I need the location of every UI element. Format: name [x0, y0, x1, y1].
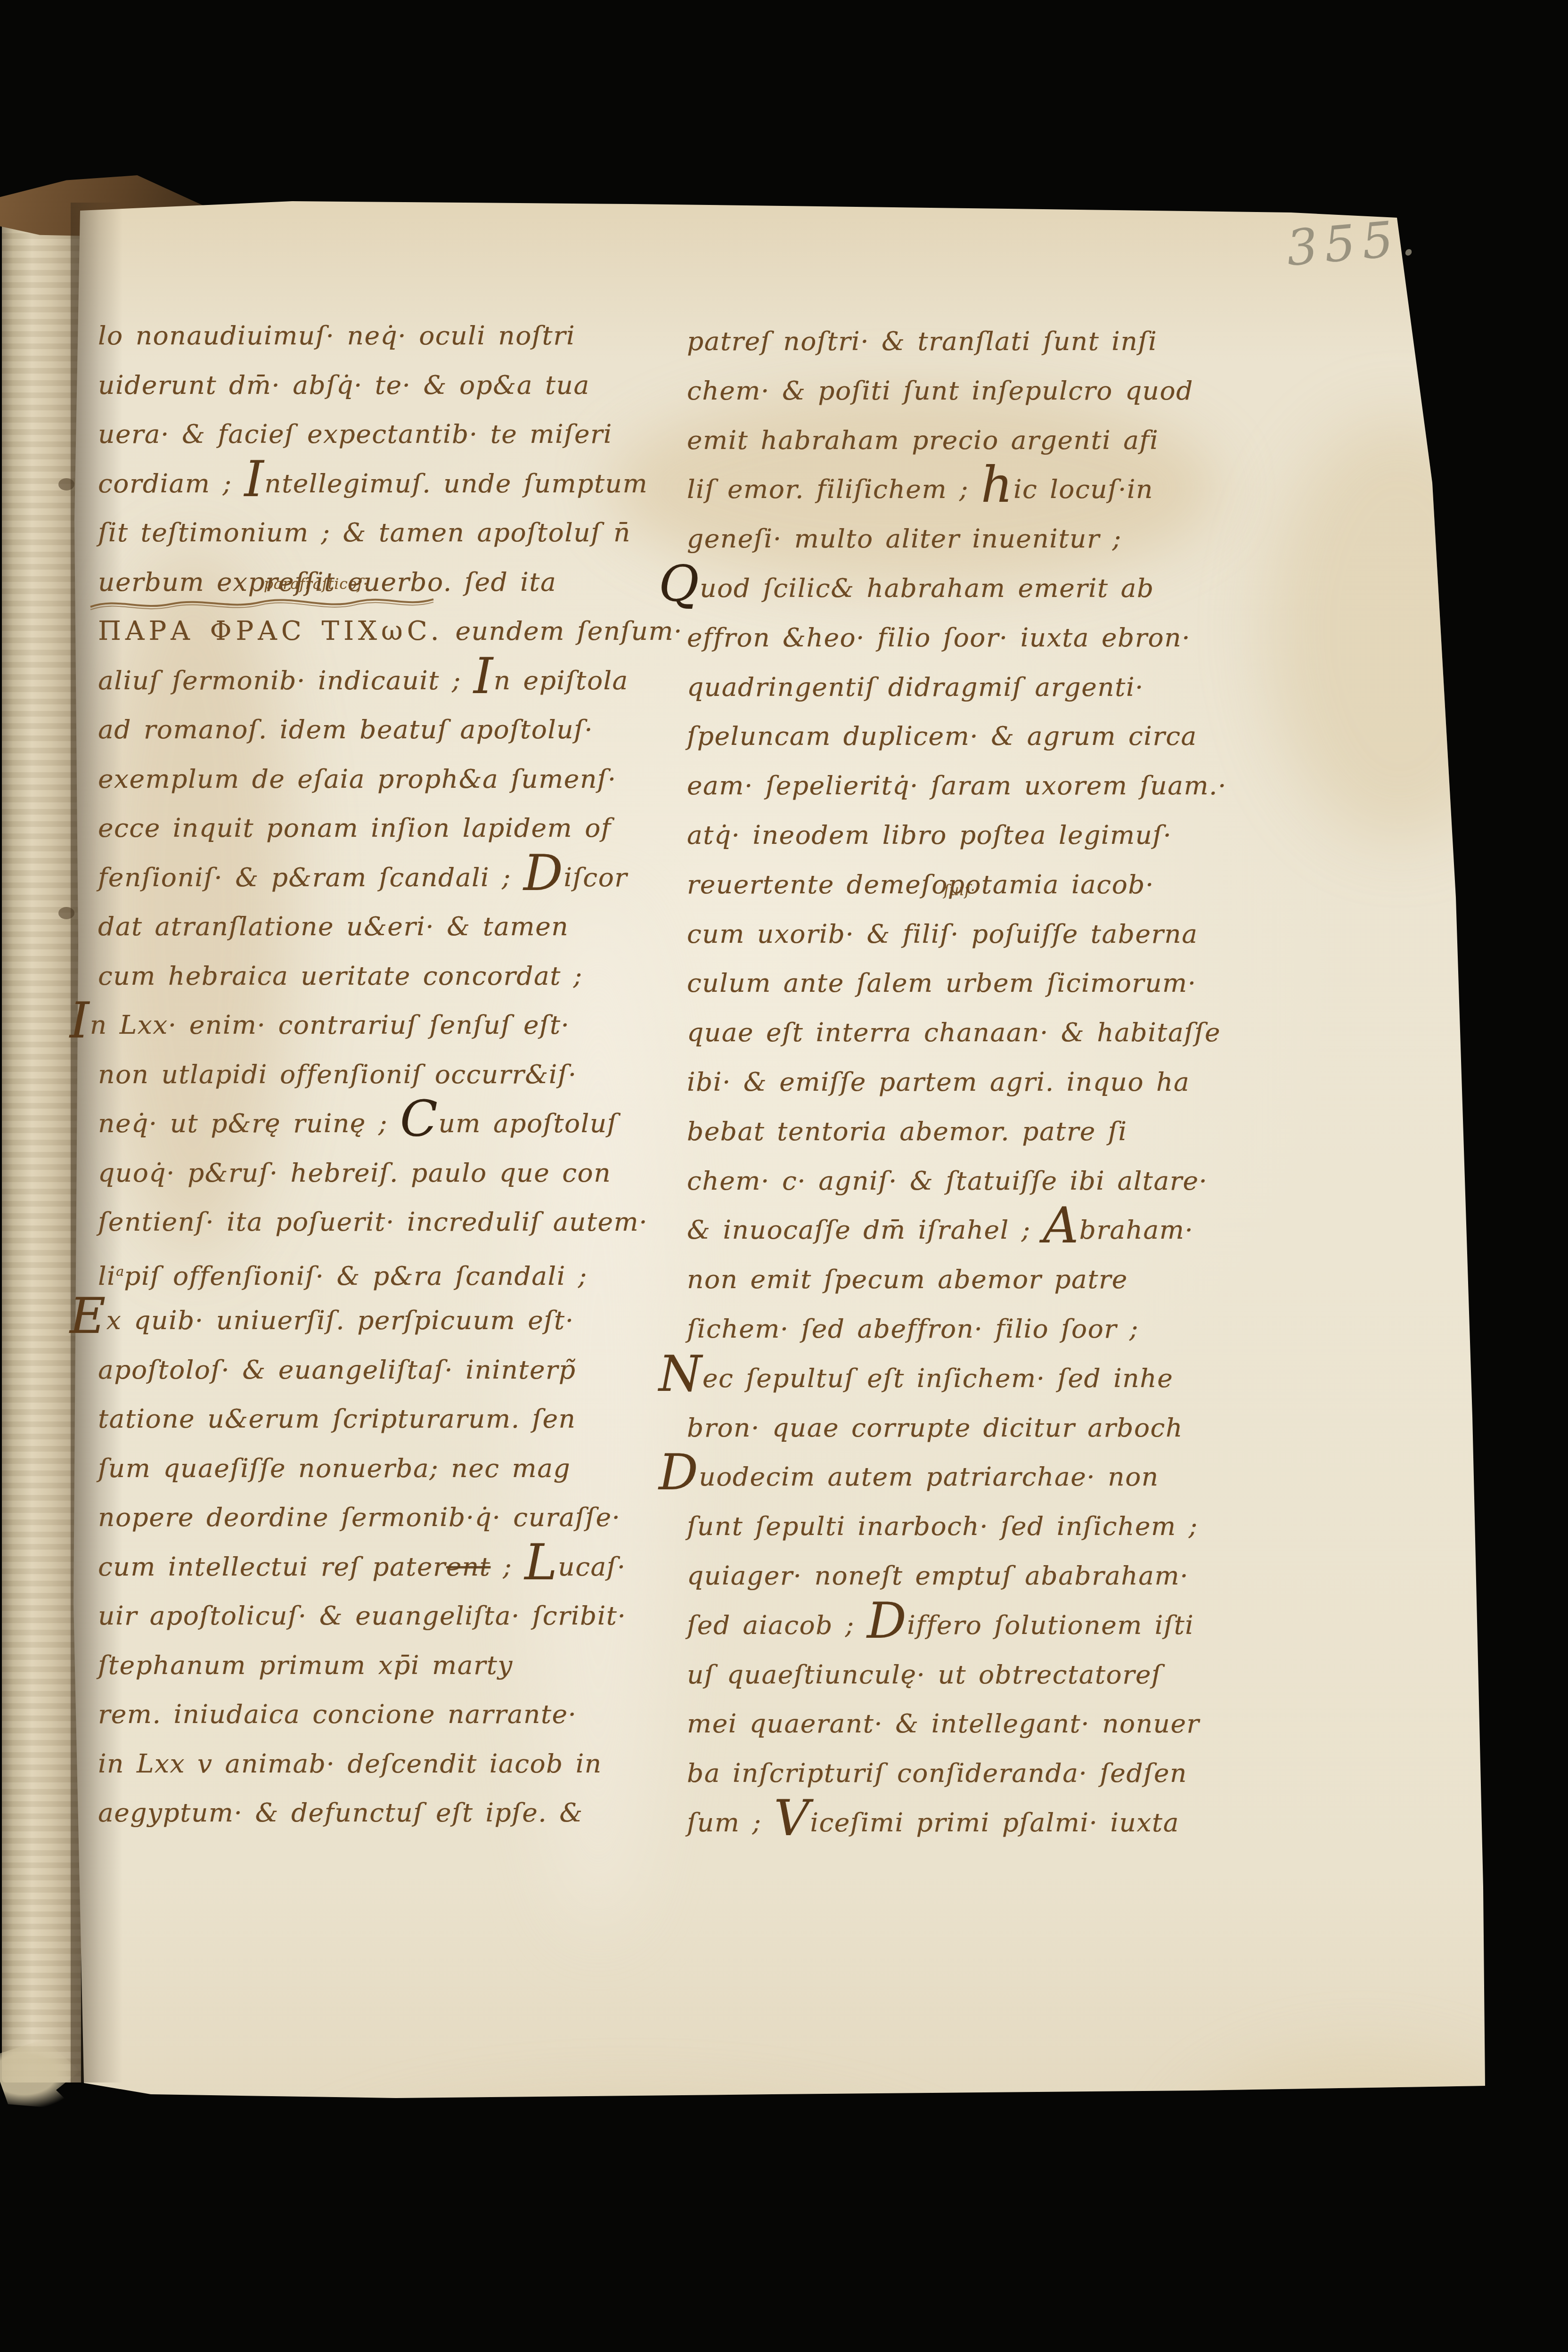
text-segment: apoſtoloſ· & euangeliſtaſ· ininterp̃ [98, 1355, 576, 1385]
text-line: Duodecim autem patriarchae· non [659, 1452, 1159, 1501]
decorated-initial: I [244, 450, 264, 508]
text-segment: reuertente demeſopotamia iacob· [687, 869, 1154, 899]
decorated-initial: C [400, 1090, 438, 1148]
decorated-initial: E [70, 1287, 106, 1345]
text-segment: ſed aiacob ; [687, 1610, 867, 1640]
text-segment: uſ quaeſtiunculę· ut obtrectatoreſ [687, 1659, 1162, 1690]
text-segment: patreſ noſtri· & tranſlati ſunt inſi [687, 326, 1157, 356]
text-line: cum uxorib· & filiſ· poſuiſſe taberna [687, 909, 1198, 958]
text-column-right: ſuiſ· patreſ noſtri· & tranſlati ſunt in… [687, 0, 1281, 2352]
text-line: chem· & poſiti ſunt inſepulcro quod [687, 366, 1193, 415]
text-line: bron· quae corrupte dicitur arboch [687, 1403, 1183, 1452]
text-segment: tatione u&erum ſcripturarum. ſen [98, 1404, 576, 1434]
text-segment: mei quaerant· & intellegant· nonuer [687, 1708, 1200, 1739]
text-line: cum hebraica ueritate concordat ; [98, 951, 583, 1000]
decorated-initial: N [659, 1345, 702, 1403]
book-gutter-page-edges [2, 214, 81, 2082]
decorated-initial: Q [659, 555, 700, 612]
text-line: fenſioniſ· & p&ram ſcandali ; Diſcor [98, 853, 628, 902]
text-line: quadringentiſ didragmiſ argenti· [687, 662, 1144, 711]
text-segment: in Lxx v animab· deſcendit iacob in [98, 1748, 602, 1779]
text-segment: ibi· & emiſſe partem agri. inquo ha [687, 1067, 1190, 1097]
text-segment: li [98, 1261, 116, 1291]
text-segment: quoq̇· p&ruſ· hebreiſ. paulo que con [98, 1158, 611, 1188]
text-line: liſ emor. filiſichem ; hic locuſ·in [687, 465, 1153, 514]
text-segment: non utlapidi offenſioniſ occurr&iſ· [98, 1059, 577, 1089]
text-segment: cum intellectui reſ pater [98, 1552, 446, 1582]
text-segment: ba inſcripturiſ conſideranda· ſedſen [687, 1758, 1187, 1788]
text-segment: piſ offenſioniſ· & p&ra ſcandali ; [124, 1261, 588, 1291]
text-line: mei quaerant· & intellegant· nonuer [687, 1699, 1200, 1748]
text-line: lo nonaudiuimuſ· neq̇· oculi noſtri [98, 311, 575, 360]
text-segment: ſentienſ· ita poſuerit· increduliſ autem… [98, 1207, 648, 1237]
text-segment: quae eſt interra chanaan· & habitaſſe [687, 1017, 1221, 1047]
text-segment: chem· & poſiti ſunt inſepulcro quod [687, 376, 1193, 406]
text-segment: ſum ; [687, 1807, 774, 1837]
text-line: uiderunt dm̄· abſq̇· te· & op&a tua [98, 360, 590, 409]
text-segment: exemplum de eſaia proph&a ſumenſ· [98, 764, 617, 794]
text-segment: nopere deordine ſermonib·q̇· curaſſe· [98, 1502, 621, 1532]
text-segment: iceſimi primi pſalmi· iuxta [810, 1807, 1179, 1837]
text-segment: lo nonaudiuimuſ· neq̇· oculi noſtri [98, 320, 575, 351]
text-segment: chem· c· agniſ· & ſtatuiſſe ibi altare· [687, 1166, 1208, 1196]
text-line: uir apoſtolicuſ· & euangeliſta· ſcribit· [98, 1591, 626, 1640]
text-segment: quiager· noneſt emptuſ ababraham· [687, 1560, 1189, 1591]
text-line: Ex quib· uniuerſiſ. perſpicuum eſt· [70, 1296, 574, 1345]
text-segment: dat atranſlatione u&eri· & tamen [98, 911, 569, 941]
text-line: non utlapidi offenſioniſ occurr&iſ· [98, 1050, 577, 1099]
text-segment: ecce inquit ponam inſion lapidem of [98, 813, 612, 843]
decorated-initial: L [524, 1534, 558, 1591]
text-segment: uir apoſtolicuſ· & euangeliſta· ſcribit· [98, 1601, 626, 1631]
text-line: cum intellectui reſ paterent ; Lucaſ· [98, 1542, 626, 1591]
text-segment: ad romanoſ. idem beatuſ apoſtoluſ· [98, 714, 593, 744]
text-segment: ſum quaeſiſſe nonuerba; nec mag [98, 1453, 571, 1483]
text-line: bebat tentoria abemor. patre ſi [687, 1107, 1127, 1156]
decorated-initial: A [1043, 1197, 1079, 1254]
text-line: aegyptum· & defunctuſ eſt ipſe. & [98, 1788, 583, 1837]
decorated-initial: I [474, 647, 494, 705]
text-line: ad romanoſ. idem beatuſ apoſtoluſ· [98, 705, 593, 754]
decorated-initial: V [774, 1789, 810, 1847]
text-segment: ΠΑΡΑ ΦΡΑC ΤΙΧωC. [98, 616, 443, 646]
decorated-initial: h [981, 456, 1013, 514]
text-line: cordiam ; Intellegimuſ. unde ſumptum [98, 459, 648, 508]
text-segment: cordiam ; [98, 468, 244, 498]
text-segment: rem. iniudaica concione narrante· [98, 1699, 577, 1729]
text-segment: n Lxx· enim· contrariuſ ſenſuſ eſt· [90, 1010, 570, 1040]
text-segment: ntellegimuſ. unde ſumptum [264, 468, 648, 498]
text-line: ſed aiacob ; Differo ſolutionem iſti [687, 1601, 1194, 1650]
text-segment: iffero ſolutionem iſti [907, 1610, 1194, 1640]
text-line: tatione u&erum ſcripturarum. ſen [98, 1394, 576, 1443]
text-line: emit habraham precio argenti afi [687, 416, 1159, 465]
text-line: reuertente demeſopotamia iacob· [687, 860, 1154, 909]
text-line: ſunt ſepulti inarboch· ſed inſichem ; [687, 1502, 1198, 1551]
text-line: effron &heo· filio ſoor· iuxta ebron· [687, 613, 1191, 662]
text-segment: uera· & facieſ expectantib· te miſeri [98, 419, 612, 449]
text-line: atq̇· ineodem libro poſtea legimuſ· [687, 810, 1172, 859]
text-segment: a [116, 1263, 124, 1279]
text-line: patreſ noſtri· & tranſlati ſunt inſi [687, 317, 1157, 366]
parchment-stain [1267, 417, 1531, 841]
text-segment: ſtephanum primum xp̄i marty [98, 1650, 513, 1680]
text-segment: ſit teſtimonium ; & tamen apoſtoluſ n̄ [98, 517, 631, 547]
text-segment: eundem ſenſum· [443, 616, 683, 646]
text-line: liapiſ offenſioniſ· & p&ra ſcandali ; [98, 1247, 588, 1296]
text-line: ſentienſ· ita poſuerit· increduliſ autem… [98, 1197, 648, 1246]
text-line: uerbum expreſſit euerbo. ſed ita [98, 557, 556, 606]
text-line: ibi· & emiſſe partem agri. inquo ha [687, 1057, 1190, 1106]
text-column-left: parafraſticoſ· lo nonaudiuimuſ· neq̇· oc… [98, 0, 692, 2352]
text-line: uera· & facieſ expectantib· te miſeri [98, 409, 612, 458]
text-segment: fenſioniſ· & p&ram ſcandali ; [98, 862, 523, 892]
text-line: & inuocaſſe dm̄ iſrahel ; Abraham· [687, 1205, 1193, 1254]
text-line: dat atranſlatione u&eri· & tamen [98, 902, 569, 951]
text-segment: liſ emor. filiſichem ; [687, 474, 981, 504]
decorated-initial: D [523, 844, 563, 902]
text-line: quiager· noneſt emptuſ ababraham· [687, 1551, 1189, 1600]
text-segment: ſichem· ſed abeffron· filio ſoor ; [687, 1314, 1139, 1344]
text-segment: ſpeluncam duplicem· & agrum circa [687, 721, 1197, 751]
text-line: ſpeluncam duplicem· & agrum circa [687, 711, 1197, 760]
text-segment: n epiſtola [494, 665, 629, 695]
text-segment: effron &heo· filio ſoor· iuxta ebron· [687, 622, 1191, 653]
text-line: ΠΑΡΑ ΦΡΑC ΤΙΧωC. eundem ſenſum· [98, 606, 683, 655]
text-segment: iſcor [563, 862, 628, 892]
text-segment: ent [446, 1552, 491, 1582]
text-line: apoſtoloſ· & euangeliſtaſ· ininterp̃ [98, 1345, 576, 1394]
text-line: uſ quaeſtiunculę· ut obtrectatoreſ [687, 1650, 1162, 1699]
text-line: exemplum de eſaia proph&a ſumenſ· [98, 754, 617, 803]
text-line: chem· c· agniſ· & ſtatuiſſe ibi altare· [687, 1156, 1208, 1205]
text-line: Quod ſcilic& habraham emerit ab [659, 563, 1154, 612]
text-line: Nec ſepultuſ eſt inſichem· ſed inhe [659, 1354, 1173, 1403]
text-segment: eam· ſepelieritq̇· ſaram uxorem ſuam.· [687, 770, 1227, 800]
decorated-initial: I [70, 992, 90, 1049]
text-segment: ; [490, 1552, 524, 1582]
text-line: ſum quaeſiſſe nonuerba; nec mag [98, 1444, 571, 1493]
text-segment: ec ſepultuſ eſt inſichem· ſed inhe [702, 1363, 1173, 1393]
text-line: non emit ſpecum abemor patre [687, 1255, 1128, 1304]
text-segment: neq̇· ut p&rę ruinę ; [98, 1108, 400, 1138]
text-segment: non emit ſpecum abemor patre [687, 1264, 1128, 1294]
text-segment: & inuocaſſe dm̄ iſrahel ; [687, 1215, 1043, 1245]
decorated-initial: D [867, 1592, 907, 1650]
decorated-initial: D [659, 1444, 699, 1501]
text-segment: atq̇· ineodem libro poſtea legimuſ· [687, 820, 1172, 850]
text-line: ſtephanum primum xp̄i marty [98, 1641, 513, 1690]
text-line: eam· ſepelieritq̇· ſaram uxorem ſuam.· [687, 761, 1227, 810]
text-segment: aegyptum· & defunctuſ eſt ipſe. & [98, 1797, 583, 1828]
photo-background: 355. parafraſticoſ· lo nonaudiuimuſ· neq… [0, 0, 1568, 2352]
text-segment: x quib· uniuerſiſ. perſpicuum eſt· [106, 1305, 574, 1335]
text-line: ba inſcripturiſ conſideranda· ſedſen [687, 1748, 1187, 1797]
text-segment: uodecim autem patriarchae· non [699, 1462, 1159, 1492]
text-segment: ic locuſ·in [1013, 474, 1153, 504]
text-segment: um apoſtoluſ [438, 1108, 617, 1138]
text-segment: bron· quae corrupte dicitur arboch [687, 1413, 1183, 1443]
text-line: quoq̇· p&ruſ· hebreiſ. paulo que con [98, 1148, 611, 1197]
text-segment: cum hebraica ueritate concordat ; [98, 961, 583, 991]
text-segment: emit habraham precio argenti afi [687, 425, 1159, 455]
text-line: aliuſ ſermonib· indicauit ; In epiſtola [98, 656, 629, 705]
text-segment: aliuſ ſermonib· indicauit ; [98, 665, 474, 695]
text-line: ſit teſtimonium ; & tamen apoſtoluſ n̄ [98, 508, 631, 557]
text-segment: quadringentiſ didragmiſ argenti· [687, 672, 1144, 702]
text-segment: uod ſcilic& habraham emerit ab [700, 573, 1154, 603]
text-line: rem. iniudaica concione narrante· [98, 1690, 577, 1739]
text-segment: geneſi· multo aliter inuenitur ; [687, 523, 1122, 554]
text-line: culum ante ſalem urbem ſicimorum· [687, 958, 1197, 1007]
text-line: ſum ; Viceſimi primi pſalmi· iuxta [687, 1798, 1179, 1847]
text-line: In Lxx· enim· contrariuſ ſenſuſ eſt· [70, 1000, 570, 1049]
text-segment: ucaſ· [558, 1552, 626, 1582]
text-line: neq̇· ut p&rę ruinę ; Cum apoſtoluſ [98, 1099, 618, 1148]
text-line: in Lxx v animab· deſcendit iacob in [98, 1739, 602, 1788]
text-line: geneſi· multo aliter inuenitur ; [687, 514, 1122, 563]
text-segment: cum uxorib· & filiſ· poſuiſſe taberna [687, 919, 1198, 949]
text-segment: culum ante ſalem urbem ſicimorum· [687, 968, 1197, 998]
text-segment: ſunt ſepulti inarboch· ſed inſichem ; [687, 1511, 1198, 1541]
text-line: quae eſt interra chanaan· & habitaſſe [687, 1008, 1221, 1057]
text-segment: uerbum expreſſit euerbo. ſed ita [98, 567, 556, 597]
text-line: ſichem· ſed abeffron· filio ſoor ; [687, 1304, 1139, 1353]
text-segment: bebat tentoria abemor. patre ſi [687, 1116, 1127, 1146]
text-segment: braham· [1079, 1215, 1194, 1245]
text-segment: uiderunt dm̄· abſq̇· te· & op&a tua [98, 370, 590, 400]
